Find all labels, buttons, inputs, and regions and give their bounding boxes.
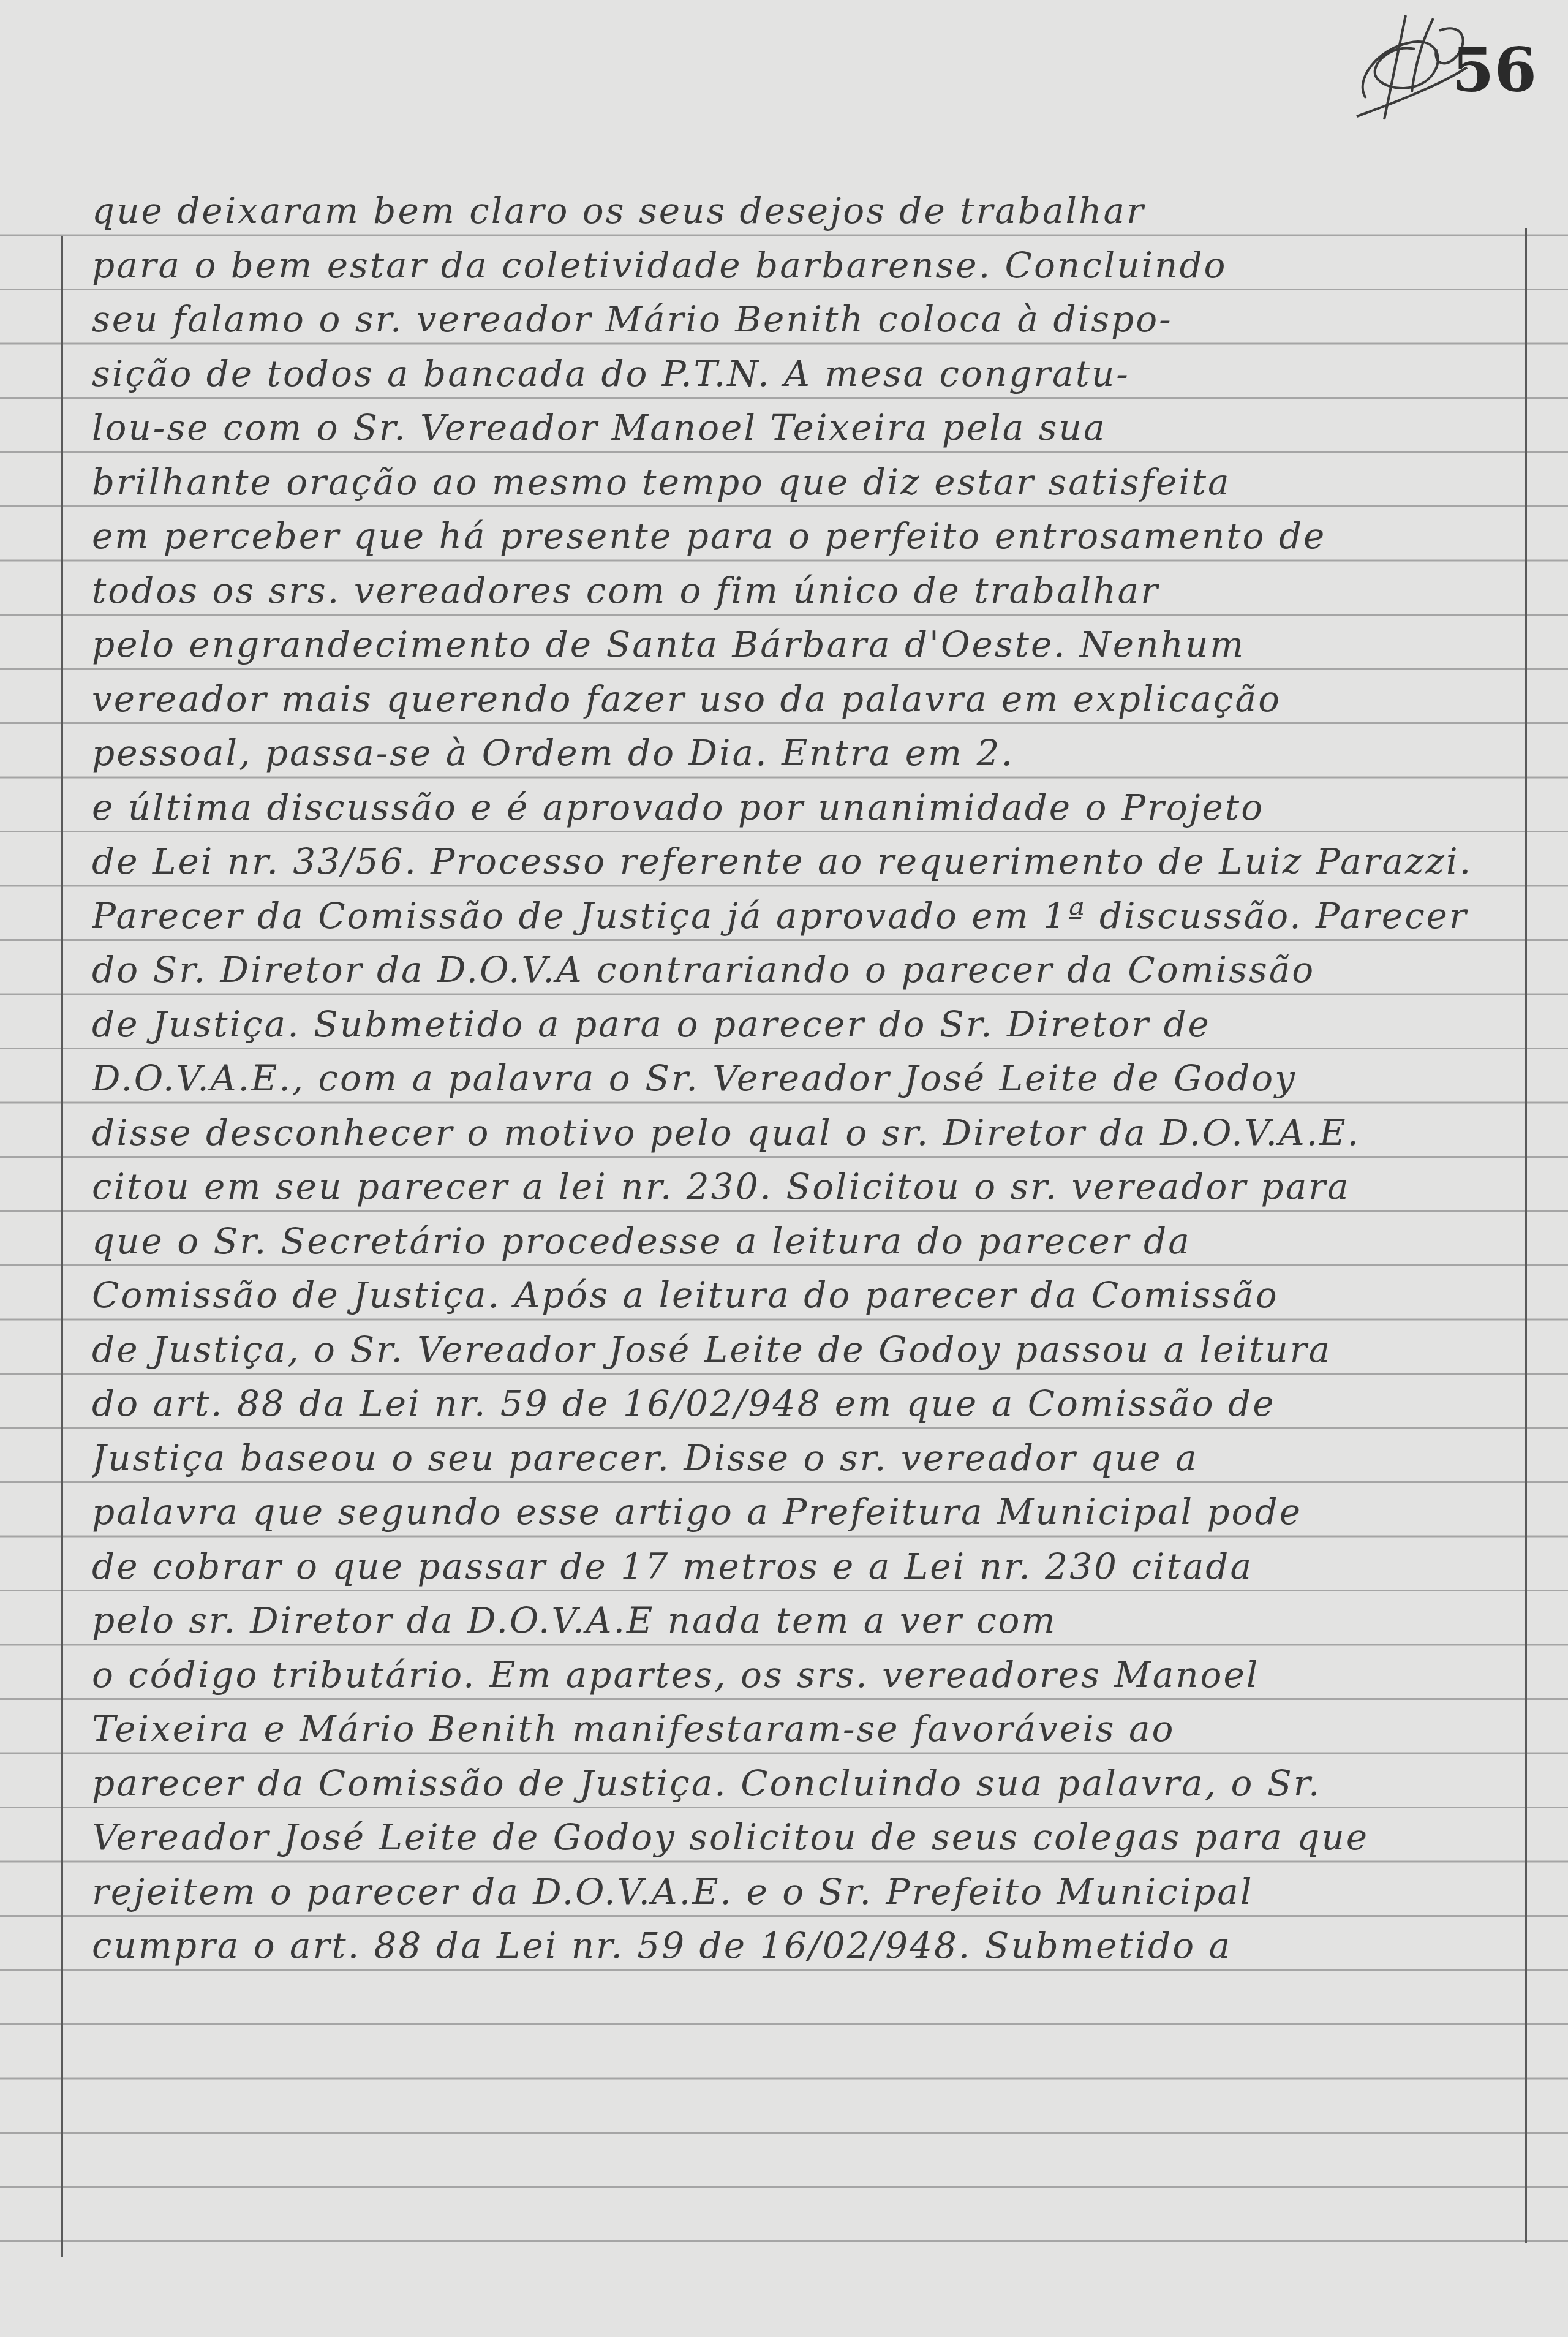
- text-line: em perceber que há presente para o perfe…: [92, 507, 1519, 561]
- text-line: e última discussão e é aprovado por unan…: [92, 778, 1519, 832]
- text-line: rejeitem o parecer da D.O.V.A.E. e o Sr.…: [92, 1862, 1519, 1917]
- text-line: que deixaram bem claro os seus desejos d…: [92, 181, 1519, 236]
- text-line: de Lei nr. 33/56. Processo referente ao …: [92, 832, 1519, 886]
- text-line: cumpra o art. 88 da Lei nr. 59 de 16/02/…: [92, 1916, 1519, 1971]
- text-line: Vereador José Leite de Godoy solicitou d…: [92, 1808, 1519, 1862]
- text-line: vereador mais querendo fazer uso da pala…: [92, 670, 1519, 724]
- text-line: D.O.V.A.E., com a palavra o Sr. Vereador…: [92, 1049, 1519, 1103]
- text-line: todos os srs. vereadores com o fim único…: [92, 561, 1519, 616]
- text-line: do Sr. Diretor da D.O.V.A contrariando o…: [92, 940, 1519, 995]
- page-bottom-blank: [0, 2254, 1568, 2337]
- text-line: disse desconhecer o motivo pelo qual o s…: [92, 1103, 1519, 1158]
- text-line: lou-se com o Sr. Vereador Manoel Teixeir…: [92, 398, 1519, 453]
- right-margin-line: [1525, 228, 1527, 2243]
- handwritten-text-block: que deixaram bem claro os seus desejos d…: [92, 181, 1519, 1971]
- text-line: citou em seu parecer a lei nr. 230. Soli…: [92, 1157, 1519, 1212]
- text-line: pelo sr. Diretor da D.O.V.A.E nada tem a…: [92, 1591, 1519, 1645]
- text-line: brilhante oração ao mesmo tempo que diz …: [92, 453, 1519, 507]
- page-number: 56: [1452, 34, 1537, 106]
- text-line: Parecer da Comissão de Justiça já aprova…: [92, 886, 1519, 941]
- text-line: palavra que segundo esse artigo a Prefei…: [92, 1482, 1519, 1537]
- text-line: Teixeira e Mário Benith manifestaram-se …: [92, 1699, 1519, 1754]
- text-line: Justiça baseou o seu parecer. Disse o sr…: [92, 1429, 1519, 1483]
- text-line: de cobrar o que passar de 17 metros e a …: [92, 1537, 1519, 1591]
- text-line: que o Sr. Secretário procedesse a leitur…: [92, 1212, 1519, 1266]
- text-line: pelo engrandecimento de Santa Bárbara d'…: [92, 615, 1519, 670]
- text-line: seu falamo o sr. vereador Mário Benith c…: [92, 290, 1519, 344]
- text-line: o código tributário. Em apartes, os srs.…: [92, 1645, 1519, 1700]
- left-margin-line: [61, 236, 63, 2257]
- text-line: de Justiça. Submetido a para o parecer d…: [92, 995, 1519, 1049]
- text-line: Comissão de Justiça. Após a leitura do p…: [92, 1266, 1519, 1320]
- text-line: parecer da Comissão de Justiça. Concluin…: [92, 1754, 1519, 1808]
- text-line: pessoal, passa-se à Ordem do Dia. Entra …: [92, 723, 1519, 778]
- text-line: para o bem estar da coletividade barbare…: [92, 236, 1519, 290]
- text-line: do art. 88 da Lei nr. 59 de 16/02/948 em…: [92, 1374, 1519, 1429]
- ledger-page: 56 que deixaram bem claro os seus desejo…: [0, 0, 1568, 2337]
- text-line: de Justiça, o Sr. Vereador José Leite de…: [92, 1320, 1519, 1375]
- text-line: sição de todos a bancada do P.T.N. A mes…: [92, 344, 1519, 399]
